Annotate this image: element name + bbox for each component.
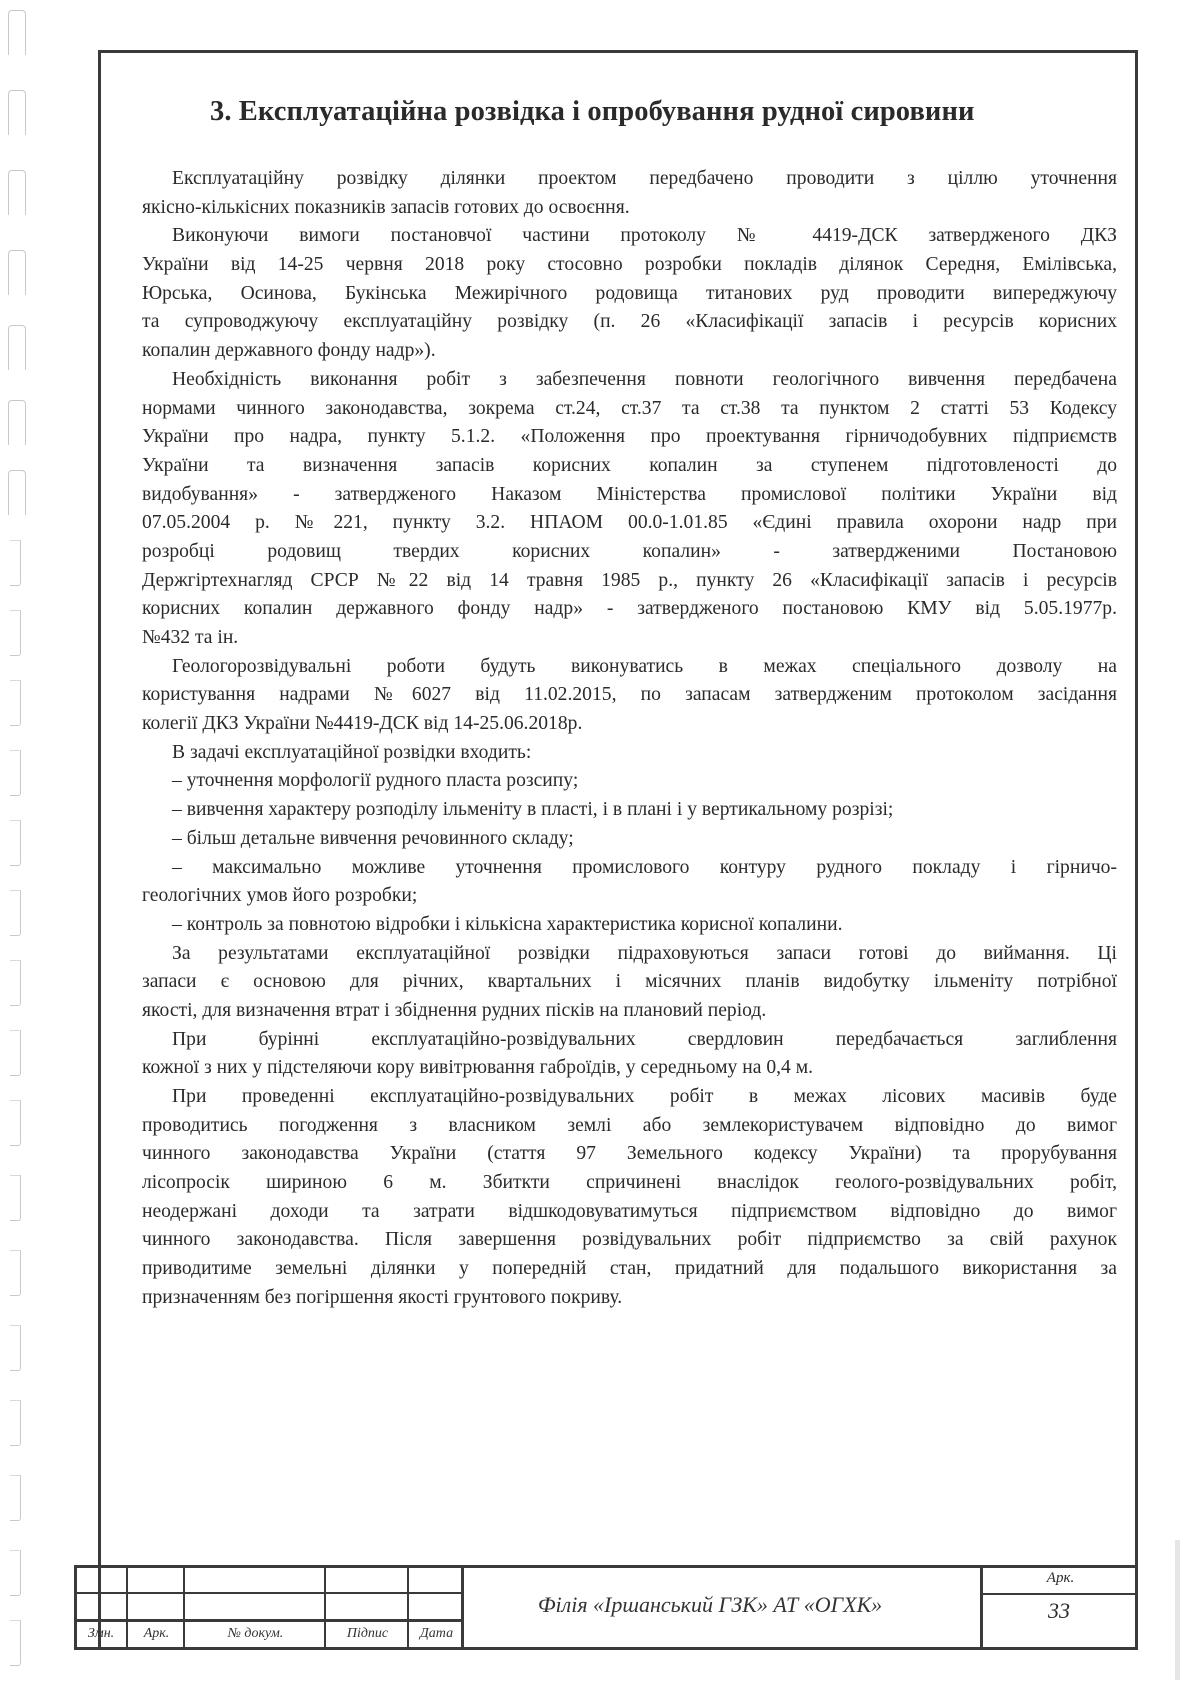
text-line: приводитиме земельні ділянки у попередні… — [142, 1255, 1117, 1284]
scan-artifact — [1175, 1540, 1180, 1680]
binding-hole — [10, 680, 21, 726]
binding-hole — [10, 1620, 21, 1666]
text-line: Держгіртехнагляд СРСР №22 від 14 травня … — [142, 567, 1117, 596]
binding-hole — [10, 540, 21, 586]
text-line: – вивчення характеру розподілу ільменіту… — [142, 796, 1117, 825]
binding-hole — [10, 610, 21, 656]
sheet-number: 33 — [980, 1598, 1138, 1624]
text-line: України та визначення запасів корисних к… — [142, 452, 1117, 481]
text-line: та супроводжуючу експлуатаційну розвідку… — [142, 308, 1117, 337]
stamp-bottom-border — [74, 1647, 1138, 1650]
stamp-label-zmn: Змн. — [74, 1626, 128, 1642]
binding-hole — [8, 250, 26, 295]
binding-hole — [10, 1550, 21, 1596]
stamp-label-doc: № докум. — [185, 1626, 326, 1642]
text-line: копалин державного фонду надр»). — [142, 337, 1117, 366]
text-line: лісопросік шириною 6 м. Збиткти спричине… — [142, 1169, 1117, 1198]
binding-hole — [10, 1325, 21, 1371]
binding-hole — [10, 960, 21, 1006]
binding-hole — [10, 1030, 21, 1076]
text-line: чинного законодавства. Після завершення … — [142, 1226, 1117, 1255]
text-line: України від 14-25 червня 2018 року стосо… — [142, 251, 1117, 280]
text-line: – уточнення морфології рудного пласта ро… — [142, 767, 1117, 796]
binding-hole — [10, 1400, 21, 1446]
text-line: – контроль за повнотою відробки і кількі… — [142, 911, 1117, 940]
binding-hole — [8, 10, 26, 55]
text-line: №432 та ін. — [142, 624, 1117, 653]
stamp-row-divider — [74, 1592, 464, 1594]
binding-hole — [8, 470, 26, 515]
text-line: колегії ДКЗ України №4419-ДСК від 14-25.… — [142, 710, 1117, 739]
text-line: Необхідність виконання робіт з забезпече… — [142, 366, 1117, 395]
sheet-label: Арк. — [983, 1566, 1138, 1590]
binding-hole — [10, 1250, 21, 1296]
stamp-label-ark: Арк. — [128, 1626, 185, 1642]
organization-name: Філія «Іршанський ГЗК» АТ «ОГХК» — [440, 1592, 980, 1618]
text-line: – максимально можливе уточнення промисло… — [142, 854, 1117, 883]
binding-hole — [10, 820, 21, 866]
binding-hole — [10, 1175, 21, 1221]
text-line: 07.05.2004 р. №221, пункту 3.2. НПАОМ 00… — [142, 509, 1117, 538]
text-line: призначенням без погіршення якості грунт… — [142, 1284, 1117, 1313]
text-line: За результатами експлуатаційної розвідки… — [142, 940, 1117, 969]
text-line: України про надра, пункту 5.1.2. «Положе… — [142, 423, 1117, 452]
text-line: Геологорозвідувальні роботи будуть викон… — [142, 653, 1117, 682]
text-line: Експлуатаційну розвідку ділянки проектом… — [142, 165, 1117, 194]
stamp-sheet-row-divider — [980, 1593, 1138, 1595]
text-line: геологічних умов його розробки; — [142, 882, 1117, 911]
text-line: Юрська, Осинова, Букінська Межирічного р… — [142, 280, 1117, 309]
text-line: видобування» - затвердженого Наказом Мін… — [142, 481, 1117, 510]
binding-hole — [10, 890, 21, 936]
text-line: розробці родовищ твердих корисних копали… — [142, 538, 1117, 567]
text-line: корисних копалин державного фонду надр» … — [142, 595, 1117, 624]
text-line: – більш детальне вивчення речовинного ск… — [142, 825, 1117, 854]
body-text: Експлуатаційну розвідку ділянки проектом… — [142, 165, 1117, 1313]
binding-hole — [10, 750, 21, 796]
text-line: При бурінні експлуатаційно-розвідувальни… — [142, 1026, 1117, 1055]
text-line: якісно-кількісних показників запасів гот… — [142, 194, 1117, 223]
binding-hole — [10, 1475, 21, 1521]
text-line: якості, для визначення втрат і збіднення… — [142, 997, 1117, 1026]
binding-hole — [8, 400, 26, 445]
text-line: неодержані доходи та затрати відшкодовув… — [142, 1198, 1117, 1227]
text-line: При проведенні експлуатаційно-розвідувал… — [142, 1083, 1117, 1112]
text-line: нормами чинного законодавства, зокрема с… — [142, 395, 1117, 424]
binding-hole — [8, 170, 26, 215]
text-line: запаси є основою для річних, квартальних… — [142, 968, 1117, 997]
text-line: проводитись погодження з власником землі… — [142, 1112, 1117, 1141]
stamp-label-sign: Підпис — [326, 1626, 409, 1642]
text-line: чинного законодавства України (стаття 97… — [142, 1140, 1117, 1169]
text-line: кожної з них у підстеляючи кору вивітрюв… — [142, 1054, 1117, 1083]
binding-hole — [8, 325, 26, 370]
binding-hole — [8, 90, 26, 135]
text-line: Виконуючи вимоги постановчої частини про… — [142, 222, 1117, 251]
stamp-label-date: Дата — [409, 1626, 464, 1642]
stamp-row-divider — [74, 1619, 464, 1622]
text-line: В задачі експлуатаційної розвідки входит… — [142, 739, 1117, 768]
section-title: 3. Експлуатаційна розвідка і опробування… — [210, 96, 975, 128]
binding-hole — [10, 1100, 21, 1146]
text-line: користування надрами №6027 від 11.02.201… — [142, 681, 1117, 710]
